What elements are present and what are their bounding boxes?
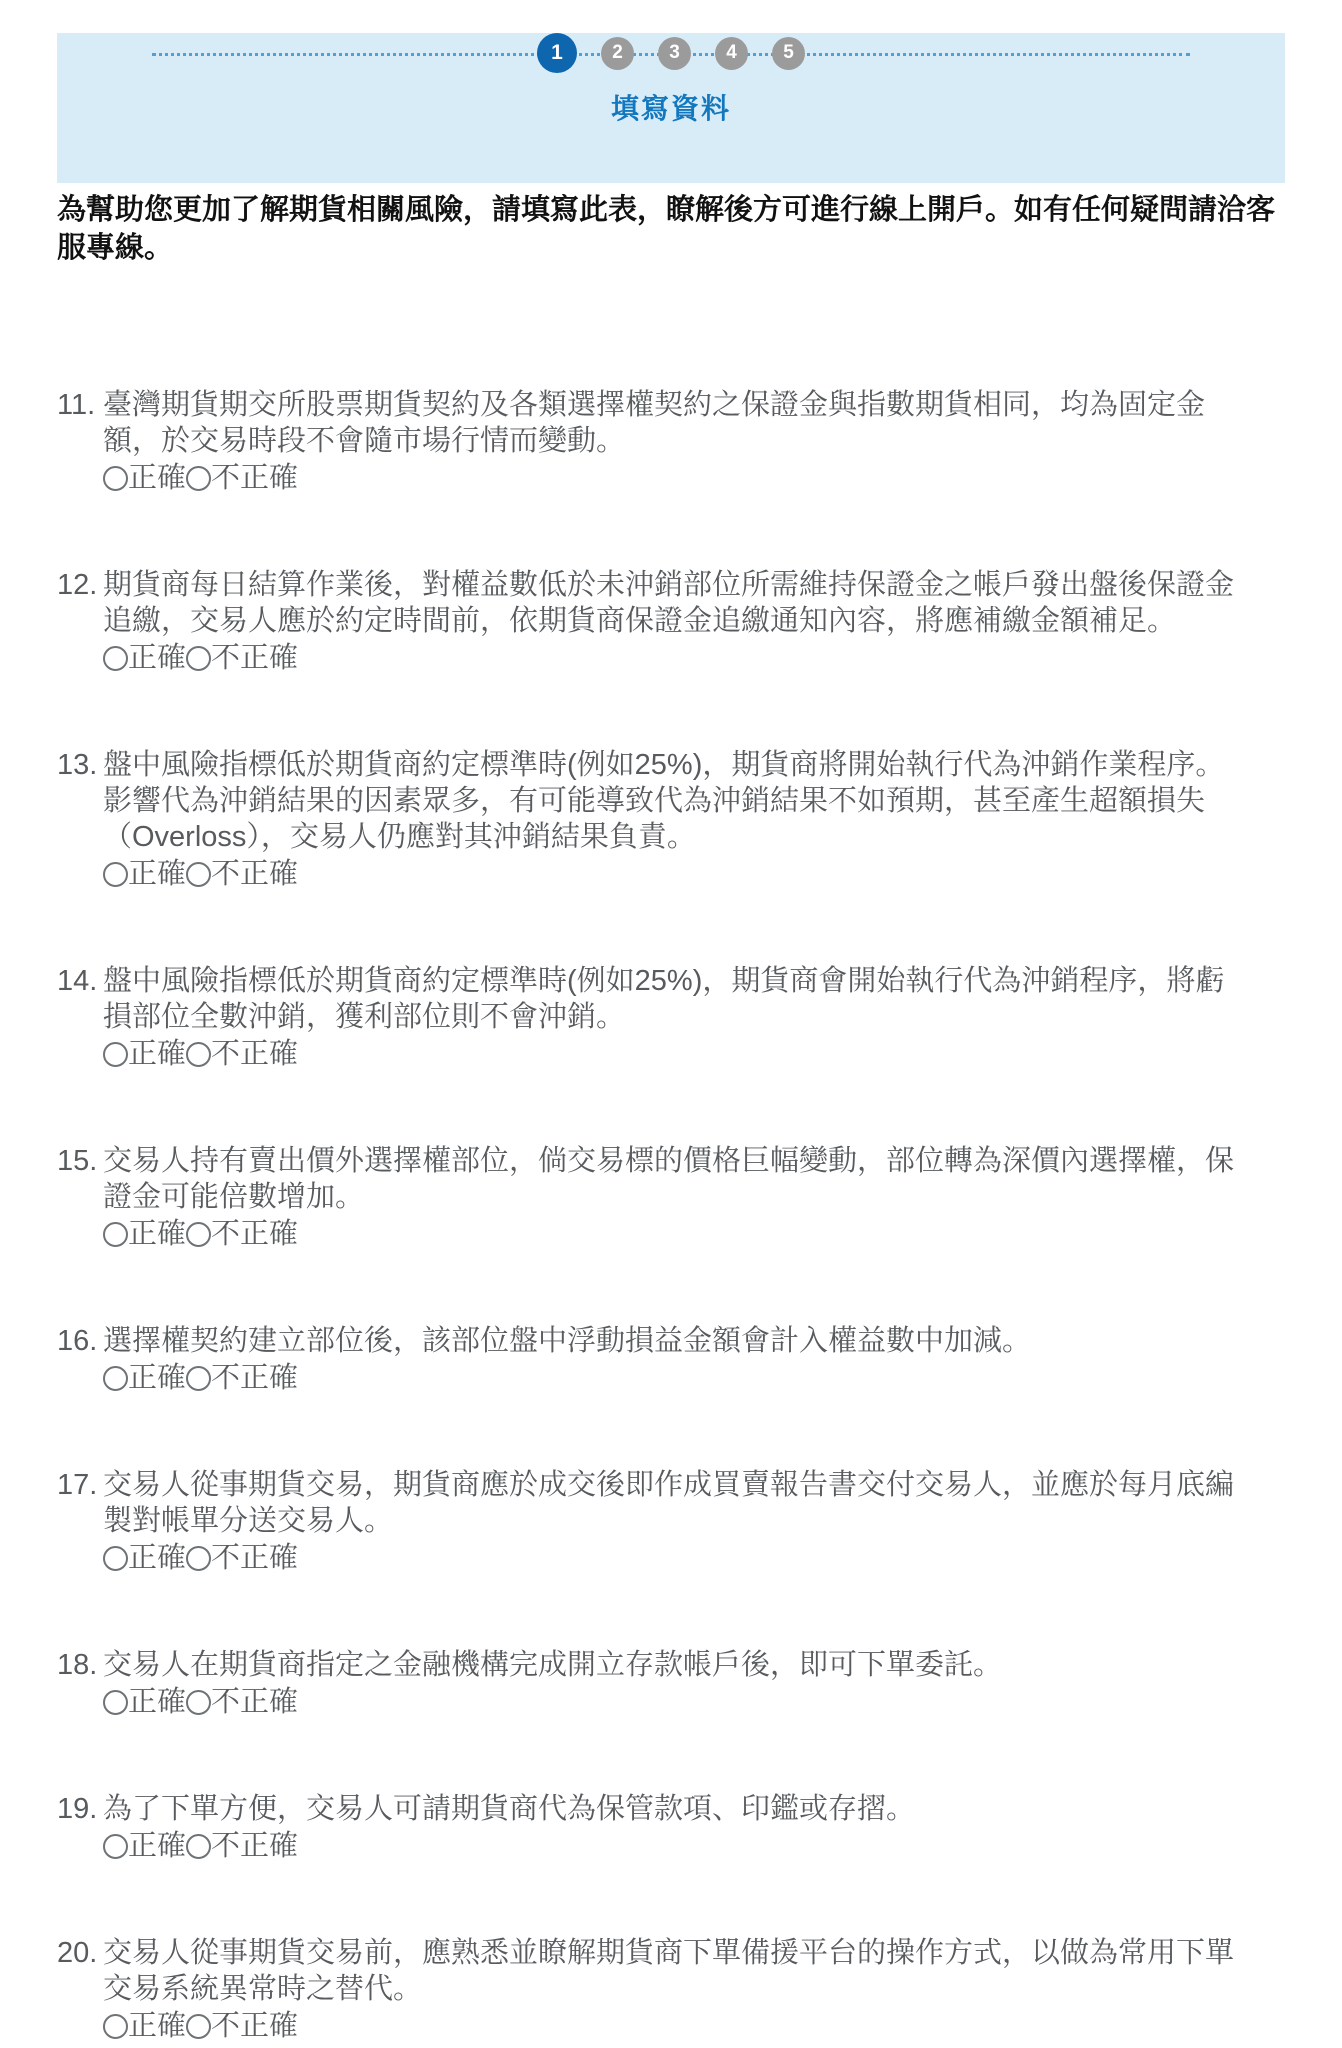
intro-text: 為幫助您更加了解期貨相關風險，請填寫此表，瞭解後方可進行線上開戶。如有任何疑問請… — [57, 191, 1285, 267]
radio-correct-label[interactable]: 正確 — [128, 856, 186, 892]
question-text: 盤中風險指標低於期貨商約定標準時(例如25%)，期貨商將開始執行代為沖銷作業程序… — [103, 747, 1253, 855]
question-number: 17. — [57, 1467, 103, 1577]
radio-correct[interactable] — [103, 1690, 128, 1715]
question-list: 11. 臺灣期貨期交所股票期貨契約及各類選擇權契約之保證金與指數期貨相同，均為固… — [57, 387, 1285, 2045]
question-number: 12. — [57, 567, 103, 677]
step-2: 2 — [601, 37, 634, 70]
question-options: 正確不正確 — [103, 1539, 1285, 1577]
stepper: 12345 — [57, 33, 1285, 73]
radio-incorrect[interactable] — [186, 466, 211, 491]
radio-incorrect[interactable] — [186, 1366, 211, 1391]
question-number: 18. — [57, 1647, 103, 1721]
radio-incorrect-label[interactable]: 不正確 — [211, 1216, 298, 1252]
radio-incorrect-label[interactable]: 不正確 — [211, 1360, 298, 1396]
question-text: 交易人持有賣出價外選擇權部位，倘交易標的價格巨幅變動，部位轉為深價內選擇權，保證… — [103, 1143, 1253, 1215]
question-item: 20. 交易人從事期貨交易前，應熟悉並瞭解期貨商下單備援平台的操作方式，以做為常… — [57, 1935, 1285, 2045]
question-text: 臺灣期貨期交所股票期貨契約及各類選擇權契約之保證金與指數期貨相同，均為固定金額，… — [103, 387, 1253, 459]
question-text: 交易人從事期貨交易，期貨商應於成交後即作成買賣報告書交付交易人，並應於每月底編製… — [103, 1467, 1253, 1539]
question-text: 交易人從事期貨交易前，應熟悉並瞭解期貨商下單備援平台的操作方式，以做為常用下單交… — [103, 1935, 1253, 2007]
question-item: 17. 交易人從事期貨交易，期貨商應於成交後即作成買賣報告書交付交易人，並應於每… — [57, 1467, 1285, 1577]
radio-correct[interactable] — [103, 466, 128, 491]
radio-correct-label[interactable]: 正確 — [128, 1360, 186, 1396]
radio-correct[interactable] — [103, 2014, 128, 2039]
question-item: 12. 期貨商每日結算作業後，對權益數低於未沖銷部位所需維持保證金之帳戶發出盤後… — [57, 567, 1285, 677]
question-item: 19. 為了下單方便，交易人可請期貨商代為保管款項、印鑑或存摺。 正確不正確 — [57, 1791, 1285, 1865]
question-text: 交易人在期貨商指定之金融機構完成開立存款帳戶後，即可下單委託。 — [103, 1647, 1253, 1683]
question-number: 11. — [57, 387, 103, 497]
radio-incorrect[interactable] — [186, 1546, 211, 1571]
radio-correct[interactable] — [103, 1042, 128, 1067]
question-options: 正確不正確 — [103, 459, 1285, 497]
radio-incorrect-label[interactable]: 不正確 — [211, 1828, 298, 1864]
radio-incorrect-label[interactable]: 不正確 — [211, 1540, 298, 1576]
question-text: 期貨商每日結算作業後，對權益數低於未沖銷部位所需維持保證金之帳戶發出盤後保證金追… — [103, 567, 1253, 639]
radio-incorrect-label[interactable]: 不正確 — [211, 2008, 298, 2044]
question-number: 20. — [57, 1935, 103, 2045]
step-4: 4 — [715, 37, 748, 70]
radio-correct-label[interactable]: 正確 — [128, 1216, 186, 1252]
radio-correct[interactable] — [103, 1366, 128, 1391]
question-item: 13. 盤中風險指標低於期貨商約定標準時(例如25%)，期貨商將開始執行代為沖銷… — [57, 747, 1285, 893]
radio-correct-label[interactable]: 正確 — [128, 2008, 186, 2044]
radio-incorrect[interactable] — [186, 1690, 211, 1715]
step-3: 3 — [658, 37, 691, 70]
question-options: 正確不正確 — [103, 639, 1285, 677]
question-number: 15. — [57, 1143, 103, 1253]
radio-correct-label[interactable]: 正確 — [128, 460, 186, 496]
question-options: 正確不正確 — [103, 1827, 1285, 1865]
radio-correct-label[interactable]: 正確 — [128, 1828, 186, 1864]
step-5: 5 — [772, 37, 805, 70]
question-options: 正確不正確 — [103, 1035, 1285, 1073]
question-options: 正確不正確 — [103, 1359, 1285, 1397]
step-1: 1 — [537, 33, 577, 73]
question-item: 11. 臺灣期貨期交所股票期貨契約及各類選擇權契約之保證金與指數期貨相同，均為固… — [57, 387, 1285, 497]
radio-incorrect-label[interactable]: 不正確 — [211, 640, 298, 676]
radio-correct[interactable] — [103, 1222, 128, 1247]
question-item: 16. 選擇權契約建立部位後，該部位盤中浮動損益金額會計入權益數中加減。 正確不… — [57, 1323, 1285, 1397]
step-title: 填寫資料 — [57, 87, 1285, 127]
question-text: 選擇權契約建立部位後，該部位盤中浮動損益金額會計入權益數中加減。 — [103, 1323, 1253, 1359]
question-item: 14. 盤中風險指標低於期貨商約定標準時(例如25%)，期貨商會開始執行代為沖銷… — [57, 963, 1285, 1073]
step-banner: 12345 填寫資料 — [57, 33, 1285, 183]
radio-correct-label[interactable]: 正確 — [128, 640, 186, 676]
radio-correct[interactable] — [103, 1834, 128, 1859]
question-number: 13. — [57, 747, 103, 893]
question-number: 16. — [57, 1323, 103, 1397]
radio-correct[interactable] — [103, 862, 128, 887]
radio-correct-label[interactable]: 正確 — [128, 1540, 186, 1576]
radio-correct[interactable] — [103, 1546, 128, 1571]
question-text: 為了下單方便，交易人可請期貨商代為保管款項、印鑑或存摺。 — [103, 1791, 1253, 1827]
question-options: 正確不正確 — [103, 2007, 1285, 2045]
question-item: 15. 交易人持有賣出價外選擇權部位，倘交易標的價格巨幅變動，部位轉為深價內選擇… — [57, 1143, 1285, 1253]
radio-incorrect[interactable] — [186, 1042, 211, 1067]
radio-incorrect-label[interactable]: 不正確 — [211, 1684, 298, 1720]
radio-correct[interactable] — [103, 646, 128, 671]
radio-incorrect[interactable] — [186, 1834, 211, 1859]
radio-incorrect[interactable] — [186, 862, 211, 887]
question-options: 正確不正確 — [103, 1215, 1285, 1253]
radio-correct-label[interactable]: 正確 — [128, 1684, 186, 1720]
radio-incorrect[interactable] — [186, 1222, 211, 1247]
question-text: 盤中風險指標低於期貨商約定標準時(例如25%)，期貨商會開始執行代為沖銷程序，將… — [103, 963, 1253, 1035]
radio-correct-label[interactable]: 正確 — [128, 1036, 186, 1072]
radio-incorrect-label[interactable]: 不正確 — [211, 856, 298, 892]
radio-incorrect-label[interactable]: 不正確 — [211, 1036, 298, 1072]
question-number: 14. — [57, 963, 103, 1073]
question-options: 正確不正確 — [103, 855, 1285, 893]
radio-incorrect-label[interactable]: 不正確 — [211, 460, 298, 496]
question-item: 18. 交易人在期貨商指定之金融機構完成開立存款帳戶後，即可下單委託。 正確不正… — [57, 1647, 1285, 1721]
question-options: 正確不正確 — [103, 1683, 1285, 1721]
radio-incorrect[interactable] — [186, 2014, 211, 2039]
radio-incorrect[interactable] — [186, 646, 211, 671]
question-number: 19. — [57, 1791, 103, 1865]
